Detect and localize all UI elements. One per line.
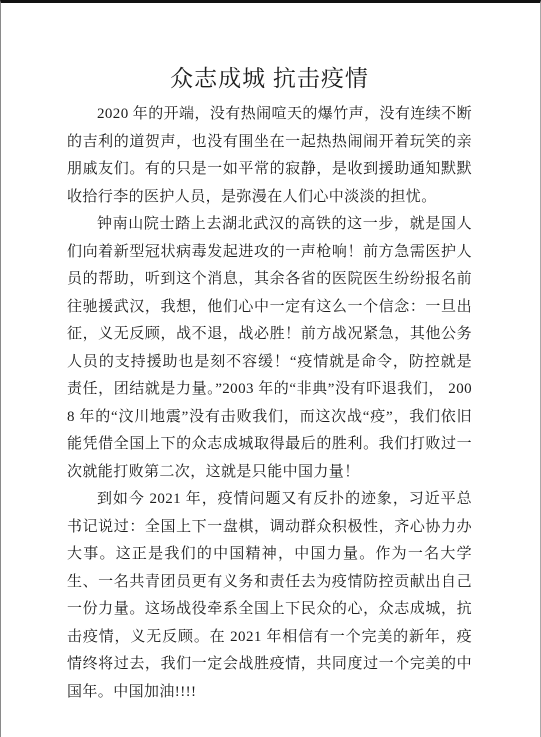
paragraph-1: 2020 年的开端，没有热闹喧天的爆竹声，没有连续不断的吉利的道贺声，也没有围坐… [67,101,472,211]
paragraph-3: 到如今 2021 年，疫情问题又有反扑的迹象，习近平总书记说过：全国上下一盘棋，… [67,486,472,706]
document-content: 众志成城 抗击疫情 2020 年的开端，没有热闹喧天的爆竹声，没有连续不断的吉利… [1,3,540,706]
document-page: 众志成城 抗击疫情 2020 年的开端，没有热闹喧天的爆竹声，没有连续不断的吉利… [0,0,541,737]
paragraph-2: 钟南山院士踏上去湖北武汉的高铁的这一步，就是国人们向着新型冠状病毒发起进攻的一声… [67,211,472,486]
document-title: 众志成城 抗击疫情 [67,63,472,95]
